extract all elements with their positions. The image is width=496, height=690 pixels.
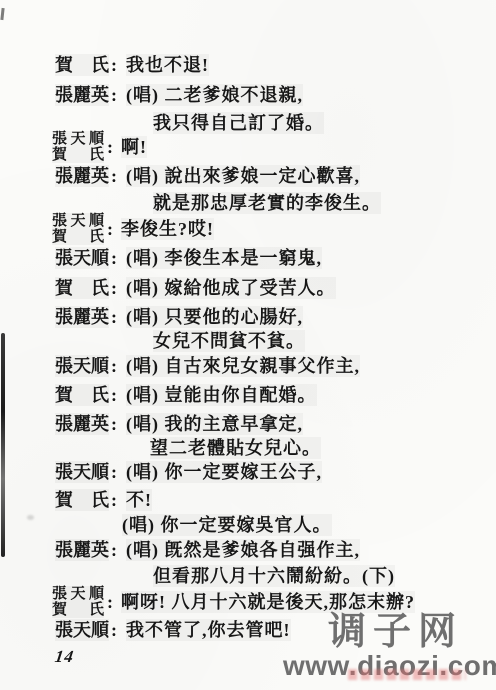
script-line: 賀氏:(唱) 豈能由你自配婚。	[55, 384, 317, 406]
dialogue-text: 就是那忠厚老實的李俊生。	[153, 192, 381, 214]
script-line: 張麗英:(唱) 說出來爹娘一定心歡喜,	[55, 165, 360, 187]
speaker-colon: :	[111, 306, 117, 328]
speaker-name: 賀氏	[55, 489, 109, 511]
script-line-dual-speaker: 張天順 賀氏 :李俊生?哎!	[52, 213, 214, 245]
binding-edge-artifact	[1, 333, 5, 557]
dialogue-text: (唱) 只要他的心腸好,	[126, 306, 303, 328]
dialogue-text: (唱) 你一定要嫁吳官人。	[122, 514, 332, 536]
speaker-colon: :	[111, 489, 117, 511]
script-line-continuation: 但看那八月十六鬧紛紛。(下)	[153, 565, 395, 587]
scan-smudge	[27, 515, 34, 520]
dialogue-text: 啊!	[121, 136, 147, 158]
dialogue-text: 但看那八月十六鬧紛紛。(下)	[153, 565, 395, 587]
dialogue-text: (唱) 自古來兒女親事父作主,	[126, 355, 360, 377]
dialogue-text: 我只得自己訂了婚。	[153, 112, 324, 134]
scan-corner-mark	[0, 8, 4, 20]
speaker-name: 張麗英	[55, 539, 109, 561]
script-line: 張麗英:(唱) 旣然是爹娘各自强作主,	[55, 539, 360, 561]
dialogue-text: (唱) 豈能由你自配婚。	[126, 384, 317, 406]
script-line-continuation: (唱) 你一定要嫁吳官人。	[122, 514, 332, 536]
dialogue-text: (唱) 旣然是爹娘各自强作主,	[126, 539, 360, 561]
script-line: 張麗英:(唱) 只要他的心腸好,	[55, 306, 303, 328]
speaker-colon: :	[111, 84, 117, 106]
dialogue-text: (唱) 我的主意早拿定,	[126, 413, 303, 435]
speaker-colon: :	[111, 54, 117, 76]
page-number: 14	[54, 647, 76, 667]
speaker-colon: :	[111, 384, 117, 406]
speaker-name: 張天順	[55, 247, 109, 269]
speaker-colon: :	[111, 165, 117, 187]
speaker-name: 賀氏	[52, 229, 104, 245]
speaker-name: 張天順	[52, 213, 104, 229]
speaker-colon: :	[111, 461, 117, 483]
script-line: 張麗英:(唱) 我的主意早拿定,	[55, 413, 303, 435]
dialogue-text: 我不管了,你去管吧!	[126, 619, 291, 641]
speaker-name: 張天順	[52, 131, 104, 147]
speaker-name: 張麗英	[55, 165, 109, 187]
speaker-name-stack: 張天順 賀氏	[52, 213, 104, 245]
speaker-colon: :	[111, 247, 117, 269]
script-line-continuation: 就是那忠厚老實的李俊生。	[153, 192, 381, 214]
speaker-colon: :	[111, 413, 117, 435]
speaker-colon: :	[111, 539, 117, 561]
scanned-script-page: 賀氏:我也不退! 張麗英:(唱) 二老爹娘不退親, 我只得自己訂了婚。 張天順 …	[0, 0, 496, 690]
speaker-name: 張天順	[55, 619, 109, 641]
dialogue-text: 女兒不問貧不貧。	[153, 330, 305, 352]
dialogue-text: 我也不退!	[126, 54, 209, 76]
speaker-colon: :	[107, 591, 113, 613]
script-line: 賀氏:不!	[55, 489, 152, 511]
dialogue-text: (唱) 二老爹娘不退親,	[126, 84, 303, 106]
dialogue-text: (唱) 你一定要嫁王公子,	[126, 461, 322, 483]
dialogue-text: 望二老體貼女兒心。	[150, 437, 321, 459]
speaker-name-stack: 張天順 賀氏	[52, 586, 104, 618]
speaker-name: 賀氏	[52, 147, 104, 163]
script-line: 張天順:(唱) 你一定要嫁王公子,	[55, 461, 322, 483]
speaker-colon: :	[111, 355, 117, 377]
speaker-name: 張天順	[55, 461, 109, 483]
speaker-name: 張天順	[52, 586, 104, 602]
speaker-name: 張麗英	[55, 413, 109, 435]
speaker-colon: :	[107, 136, 113, 158]
script-line-continuation: 女兒不問貧不貧。	[153, 330, 305, 352]
speaker-name: 賀氏	[55, 277, 109, 299]
speaker-name-stack: 張天順 賀氏	[52, 131, 104, 163]
speaker-name: 張麗英	[55, 84, 109, 106]
script-line: 張麗英:(唱) 二老爹娘不退親,	[55, 84, 303, 106]
script-line: 賀氏:(唱) 嫁給他成了受苦人。	[55, 277, 336, 299]
speaker-colon: :	[107, 218, 113, 240]
dialogue-text: 啊呀! 八月十六就是後天,那怎末辦?	[121, 591, 415, 613]
watermark-faint-red-text	[348, 669, 466, 680]
dialogue-text: 李俊生?哎!	[121, 218, 214, 240]
speaker-name: 張麗英	[55, 306, 109, 328]
dialogue-text: (唱) 李俊生本是一窮鬼,	[126, 247, 322, 269]
speaker-colon: :	[111, 619, 117, 641]
script-line: 張天順:(唱) 自古來兒女親事父作主,	[55, 355, 360, 377]
speaker-name: 賀氏	[55, 384, 109, 406]
speaker-colon: :	[111, 277, 117, 299]
script-line-continuation: 我只得自己訂了婚。	[153, 112, 324, 134]
speaker-name: 張天順	[55, 355, 109, 377]
script-line-dual-speaker: 張天順 賀氏 :啊!	[52, 131, 147, 163]
script-line: 張天順:我不管了,你去管吧!	[55, 619, 291, 641]
speaker-name: 賀氏	[55, 54, 109, 76]
script-line-continuation: 望二老體貼女兒心。	[150, 437, 321, 459]
watermark-site-name: 调子网	[328, 611, 463, 653]
dialogue-text: 不!	[126, 489, 152, 511]
speaker-name: 賀氏	[52, 602, 104, 618]
dialogue-text: (唱) 說出來爹娘一定心歡喜,	[126, 165, 360, 187]
script-line: 張天順:(唱) 李俊生本是一窮鬼,	[55, 247, 322, 269]
dialogue-text: (唱) 嫁給他成了受苦人。	[126, 277, 336, 299]
script-line: 賀氏:我也不退!	[55, 54, 209, 76]
